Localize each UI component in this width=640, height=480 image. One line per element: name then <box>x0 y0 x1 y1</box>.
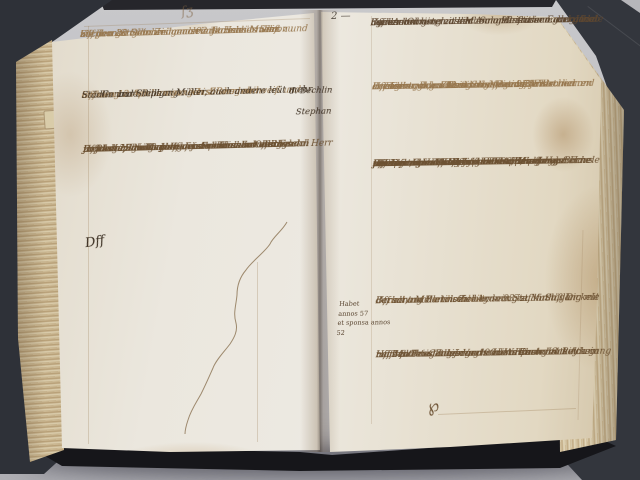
page-number: 2 — <box>331 11 351 22</box>
margin-note-line: 52 <box>336 328 390 338</box>
manuscript-line: Christa vil ehrlich leüt. <box>372 157 476 171</box>
manuscript-line: heiß zu Friedlingen und andere ehrenleüt… <box>375 346 568 363</box>
manuscript-line: Barbara Müllerin. Zu bey sein Stefan Stä… <box>375 292 578 308</box>
entry-paragraph: Uff montag den 12 octobris An: 95 Jar is… <box>372 79 546 95</box>
right-page-text-layer: 2 — Uff den Obristen abent anno 92 ist d… <box>0 0 640 480</box>
margin-note-line: et sponsa annos <box>337 318 391 328</box>
manuscript-line: H. Sigmund von Reinach; Martin Christe u… <box>372 78 576 94</box>
entry-paragraph: Uff sontag Bartolomei Anno 93 ist Mathiß… <box>375 294 488 309</box>
ink-flourish: ℘ <box>425 396 440 418</box>
manuscript-book-scan: ſʒ Uff den 20 Octobris anno 92 ist Hans … <box>0 0 640 480</box>
manuscript-line: lige mers. <box>370 17 416 31</box>
